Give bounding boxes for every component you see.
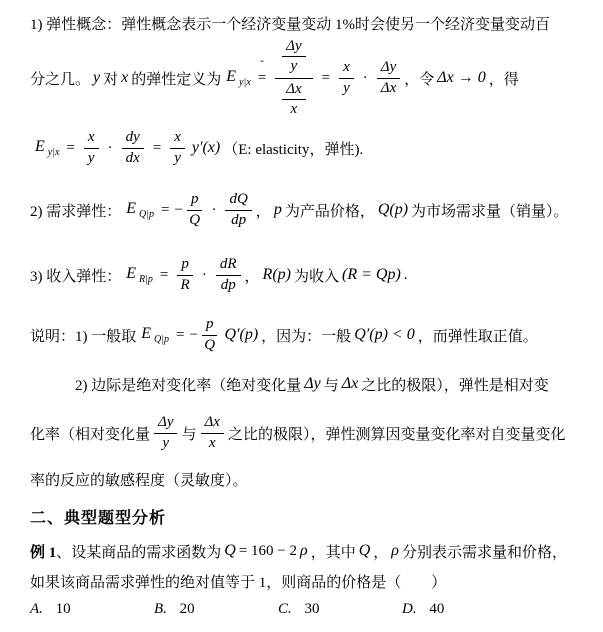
- frac-den: y: [162, 434, 169, 452]
- cdot-sign: ·: [202, 267, 207, 284]
- para-concept-line2: 分之几。 y 对 x 的弹性定义为 Ey|x ˆ = Δy y Δx x =: [30, 36, 595, 120]
- revenue-label: 3) 收入弹性：: [30, 265, 121, 286]
- demand-text-1: 为产品价格，: [285, 200, 375, 221]
- revenue-symbol: ER|p: [123, 265, 153, 285]
- equals-sign: =: [322, 70, 330, 87]
- frac-dy-over-y-den: y: [291, 57, 298, 75]
- frac-den: y: [88, 149, 95, 167]
- frac-dx-over-x-den: x: [291, 100, 298, 118]
- frac-den: dp: [221, 276, 236, 294]
- delta-y: Δy: [304, 375, 321, 393]
- frac-den: R: [181, 276, 190, 294]
- demand-symbol: EQ|p: [123, 200, 154, 220]
- equals-sign: =: [176, 327, 184, 344]
- symbol-E4: E: [126, 265, 136, 282]
- defeq-sign: =: [258, 70, 266, 86]
- option-c-label: C.: [278, 601, 292, 617]
- example-comma: ，: [373, 541, 388, 562]
- frac-num: Δx: [201, 414, 224, 433]
- option-b-value: 20: [180, 601, 195, 617]
- document-page: 1) 弹性概念：弹性概念表示一个经济变量变动 1%时会使另一个经济变量变动百 分…: [0, 0, 603, 622]
- var-x: x: [121, 69, 128, 87]
- symbol-E3-subscript: Q|p: [139, 209, 154, 220]
- symbol-E2: E: [35, 138, 45, 155]
- function-Rp: R(p): [263, 266, 291, 284]
- Q-prime-term: Q′(p): [224, 326, 258, 344]
- period: .: [404, 267, 408, 284]
- option-a-value: 10: [56, 601, 71, 617]
- para-note-2-line2: 化率（相对变化量 Δy y 与 Δx x 之比的极限），弹性测算因变量变化率对自…: [30, 404, 595, 462]
- frac-dx-over-x-num: Δx: [282, 81, 305, 100]
- formula-elasticity-derivative: Ey|x = x y · dy dx = x y y′(x) （E: elast…: [30, 120, 595, 176]
- para-revenue-elasticity: 3) 收入弹性： ER|p = p R · dR dp ， R(p) 为收入 (…: [30, 244, 595, 306]
- frac-den: dp: [231, 211, 246, 229]
- frac-num: dQ: [225, 191, 251, 210]
- frac-den: dx: [126, 149, 140, 167]
- frac-delta-den: Δx: [381, 79, 396, 97]
- frac-dQ-over-dp: dQ dp: [225, 191, 251, 229]
- option-d-label: D.: [402, 601, 417, 617]
- note2-yu-1: 与: [324, 374, 339, 395]
- frac-num: dR: [216, 256, 241, 275]
- frac-den: Q: [189, 211, 200, 229]
- demand-text-2: 为市场需求量（销量）。: [411, 200, 569, 221]
- equals-sign: =: [66, 140, 74, 157]
- section-heading-row: 二、典型题型分析: [30, 496, 595, 536]
- derivative-term: y′(x): [192, 139, 220, 157]
- note1-text-1: ，因为：一般: [261, 325, 351, 346]
- note1-text-2: ，而弹性取正值。: [418, 325, 538, 346]
- frac-num: x: [170, 129, 185, 148]
- example-text-3: 分别表示需求量和价格，: [402, 541, 567, 562]
- para-note-2-line1: 2) 边际是绝对变化率（绝对变化量 Δy 与 Δx 之比的极限），弹性是相对变: [30, 364, 595, 404]
- option-a: A. 10: [30, 601, 154, 618]
- symbol-E3: E: [126, 200, 136, 217]
- concept-text-define: 的弹性定义为: [131, 68, 221, 89]
- cdot-sign: ·: [108, 140, 113, 157]
- note2-yu-2: 与: [181, 423, 196, 444]
- frac-x-over-y: x y: [84, 129, 99, 167]
- example-line2-text: 如果该商品需求弹性的绝对值等于 1，则商品的价格是（ ）: [30, 571, 446, 592]
- text-de: 得: [504, 68, 519, 89]
- function-Qp: Q(p): [378, 201, 408, 219]
- frac-den: y: [174, 149, 181, 167]
- symbol-E5-subscript: Q|p: [154, 334, 169, 345]
- para-note-1: 说明：1) 一般取 EQ|p = − p Q Q′(p) ，因为：一般 Q′(p…: [30, 306, 595, 364]
- equals-sign: =: [153, 140, 161, 157]
- var-rho-2: ρ: [391, 542, 399, 560]
- example-text-2: ，其中: [311, 541, 356, 562]
- cdot-sign: ·: [211, 202, 216, 219]
- frac-num: Δy: [154, 414, 177, 433]
- elasticity-symbol: Ey|x: [32, 138, 59, 158]
- frac-p-over-Q-2: p Q: [202, 316, 218, 354]
- defeq-hat: ˆ: [260, 59, 264, 71]
- frac-dx-over-x-inline: Δx x: [201, 414, 224, 452]
- concept-line1-text: 1) 弹性概念：弹性概念表示一个经济变量变动 1%时会使另一个经济变量变动百: [30, 13, 550, 34]
- example-text-1: 、设某商品的需求函数为: [56, 541, 221, 562]
- frac-dy-over-y-inline: Δy y: [154, 414, 177, 452]
- option-c-value: 30: [305, 601, 320, 617]
- elasticity-symbol-def: Ey|x: [223, 68, 250, 88]
- equals-sign: =: [160, 267, 168, 284]
- var-y: y: [93, 69, 100, 87]
- note1-symbol: EQ|p: [138, 325, 169, 345]
- big-fraction: Δy y Δx x: [275, 38, 312, 118]
- concept-line2-pre: 分之几。: [30, 68, 90, 89]
- para-concept-line1: 1) 弹性概念：弹性概念表示一个经济变量变动 1%时会使另一个经济变量变动百: [30, 10, 595, 36]
- frac-dy-over-y-num: Δy: [282, 38, 305, 57]
- text-ling: 令: [419, 68, 434, 89]
- concept-text-dui: 对: [103, 68, 118, 89]
- frac-den: Q: [204, 336, 215, 354]
- frac-delta-num: Δy: [377, 59, 400, 78]
- symbol-E2-subscript: y|x: [48, 147, 60, 158]
- note2-line1-b: 之比的极限），弹性是相对变: [361, 374, 549, 395]
- option-a-label: A.: [30, 601, 43, 617]
- symbol-E5: E: [141, 325, 151, 342]
- frac-p-over-R: p R: [177, 256, 193, 294]
- frac-x-over-y-num: x: [339, 59, 354, 78]
- frac-p-over-Q: p Q: [187, 191, 203, 229]
- inequality-term: Q′(p) < 0: [354, 326, 415, 344]
- frac-x-over-y-den: y: [343, 79, 350, 97]
- delta-x: Δx: [342, 375, 359, 393]
- symbol-E: E: [226, 68, 236, 85]
- frac-num: dy: [122, 129, 144, 148]
- option-c: C. 30: [278, 601, 402, 618]
- example-line1: 例 1 、设某商品的需求函数为 Q = 160 − 2 ρ ，其中 Q ， ρ …: [30, 536, 595, 566]
- example-line2: 如果该商品需求弹性的绝对值等于 1，则商品的价格是（ ）: [30, 566, 595, 596]
- frac-dy-over-y: Δy y: [282, 38, 305, 76]
- answer-options: A. 10 B. 20 C. 30 D. 40: [30, 596, 595, 622]
- paren-R-eq-Qp: (R = Qp): [342, 266, 401, 284]
- option-b: B. 20: [154, 601, 278, 618]
- note1-label: 说明：1) 一般取: [30, 325, 136, 346]
- big-fraction-denominator: Δx x: [282, 79, 305, 119]
- option-d: D. 40: [402, 601, 526, 618]
- big-fraction-numerator: Δy y: [275, 38, 312, 79]
- example-label: 例 1: [30, 541, 56, 562]
- symbol-E-subscript: y|x: [239, 77, 251, 88]
- note2-line2-b: 之比的极限），弹性测算因变量变化率对自变量变化: [228, 423, 566, 444]
- symbol-E4-subscript: R|p: [139, 274, 153, 285]
- frac-x-over-y-2: x y: [170, 129, 185, 167]
- minus-sign: −: [174, 202, 182, 219]
- revenue-text-1: 为收入: [294, 265, 339, 286]
- demand-label: 2) 需求弹性：: [30, 200, 121, 221]
- frac-num: p: [177, 256, 193, 275]
- comma: ，: [256, 200, 271, 221]
- var-rho-1: ρ: [300, 542, 308, 560]
- frac-dR-over-dp: dR dp: [216, 256, 241, 294]
- option-b-label: B.: [154, 601, 167, 617]
- equals-sign: =: [161, 202, 169, 219]
- var-p: p: [274, 201, 282, 219]
- var-Q-1: Q: [224, 542, 236, 560]
- frac-dy-over-dx: dy dx: [122, 129, 144, 167]
- comma-1: ，: [404, 68, 419, 89]
- para-demand-elasticity: 2) 需求弹性： EQ|p = − p Q · dQ dp ， p 为产品价格，…: [30, 176, 595, 244]
- cdot-sign: ·: [363, 70, 368, 87]
- elasticity-note: （E: elasticity，弹性).: [223, 138, 363, 159]
- limit-expression: Δx → 0: [437, 69, 486, 87]
- defined-equals: ˆ =: [258, 70, 266, 87]
- note2-line3-text: 率的反应的敏感程度（灵敏度）。: [30, 469, 248, 490]
- section-heading: 二、典型题型分析: [30, 505, 166, 528]
- frac-num: p: [202, 316, 218, 335]
- comma-2: ，: [489, 68, 504, 89]
- var-Q-2: Q: [359, 542, 371, 560]
- frac-dy-over-dx-delta: Δy Δx: [377, 59, 400, 97]
- frac-x-over-y: x y: [339, 59, 354, 97]
- frac-den: x: [209, 434, 216, 452]
- minus-sign: −: [189, 327, 197, 344]
- note2-line1-a: 2) 边际是绝对变化率（绝对变化量: [75, 374, 301, 395]
- para-note-2-line3: 率的反应的敏感程度（灵敏度）。: [30, 462, 595, 496]
- frac-dx-over-x: Δx x: [282, 81, 305, 119]
- demand-function-expr: = 160 − 2: [239, 543, 297, 560]
- frac-num: p: [187, 191, 203, 210]
- comma: ，: [245, 265, 260, 286]
- note2-line2-a: 化率（相对变化量: [30, 423, 150, 444]
- option-d-value: 40: [429, 601, 444, 617]
- frac-num: x: [84, 129, 99, 148]
